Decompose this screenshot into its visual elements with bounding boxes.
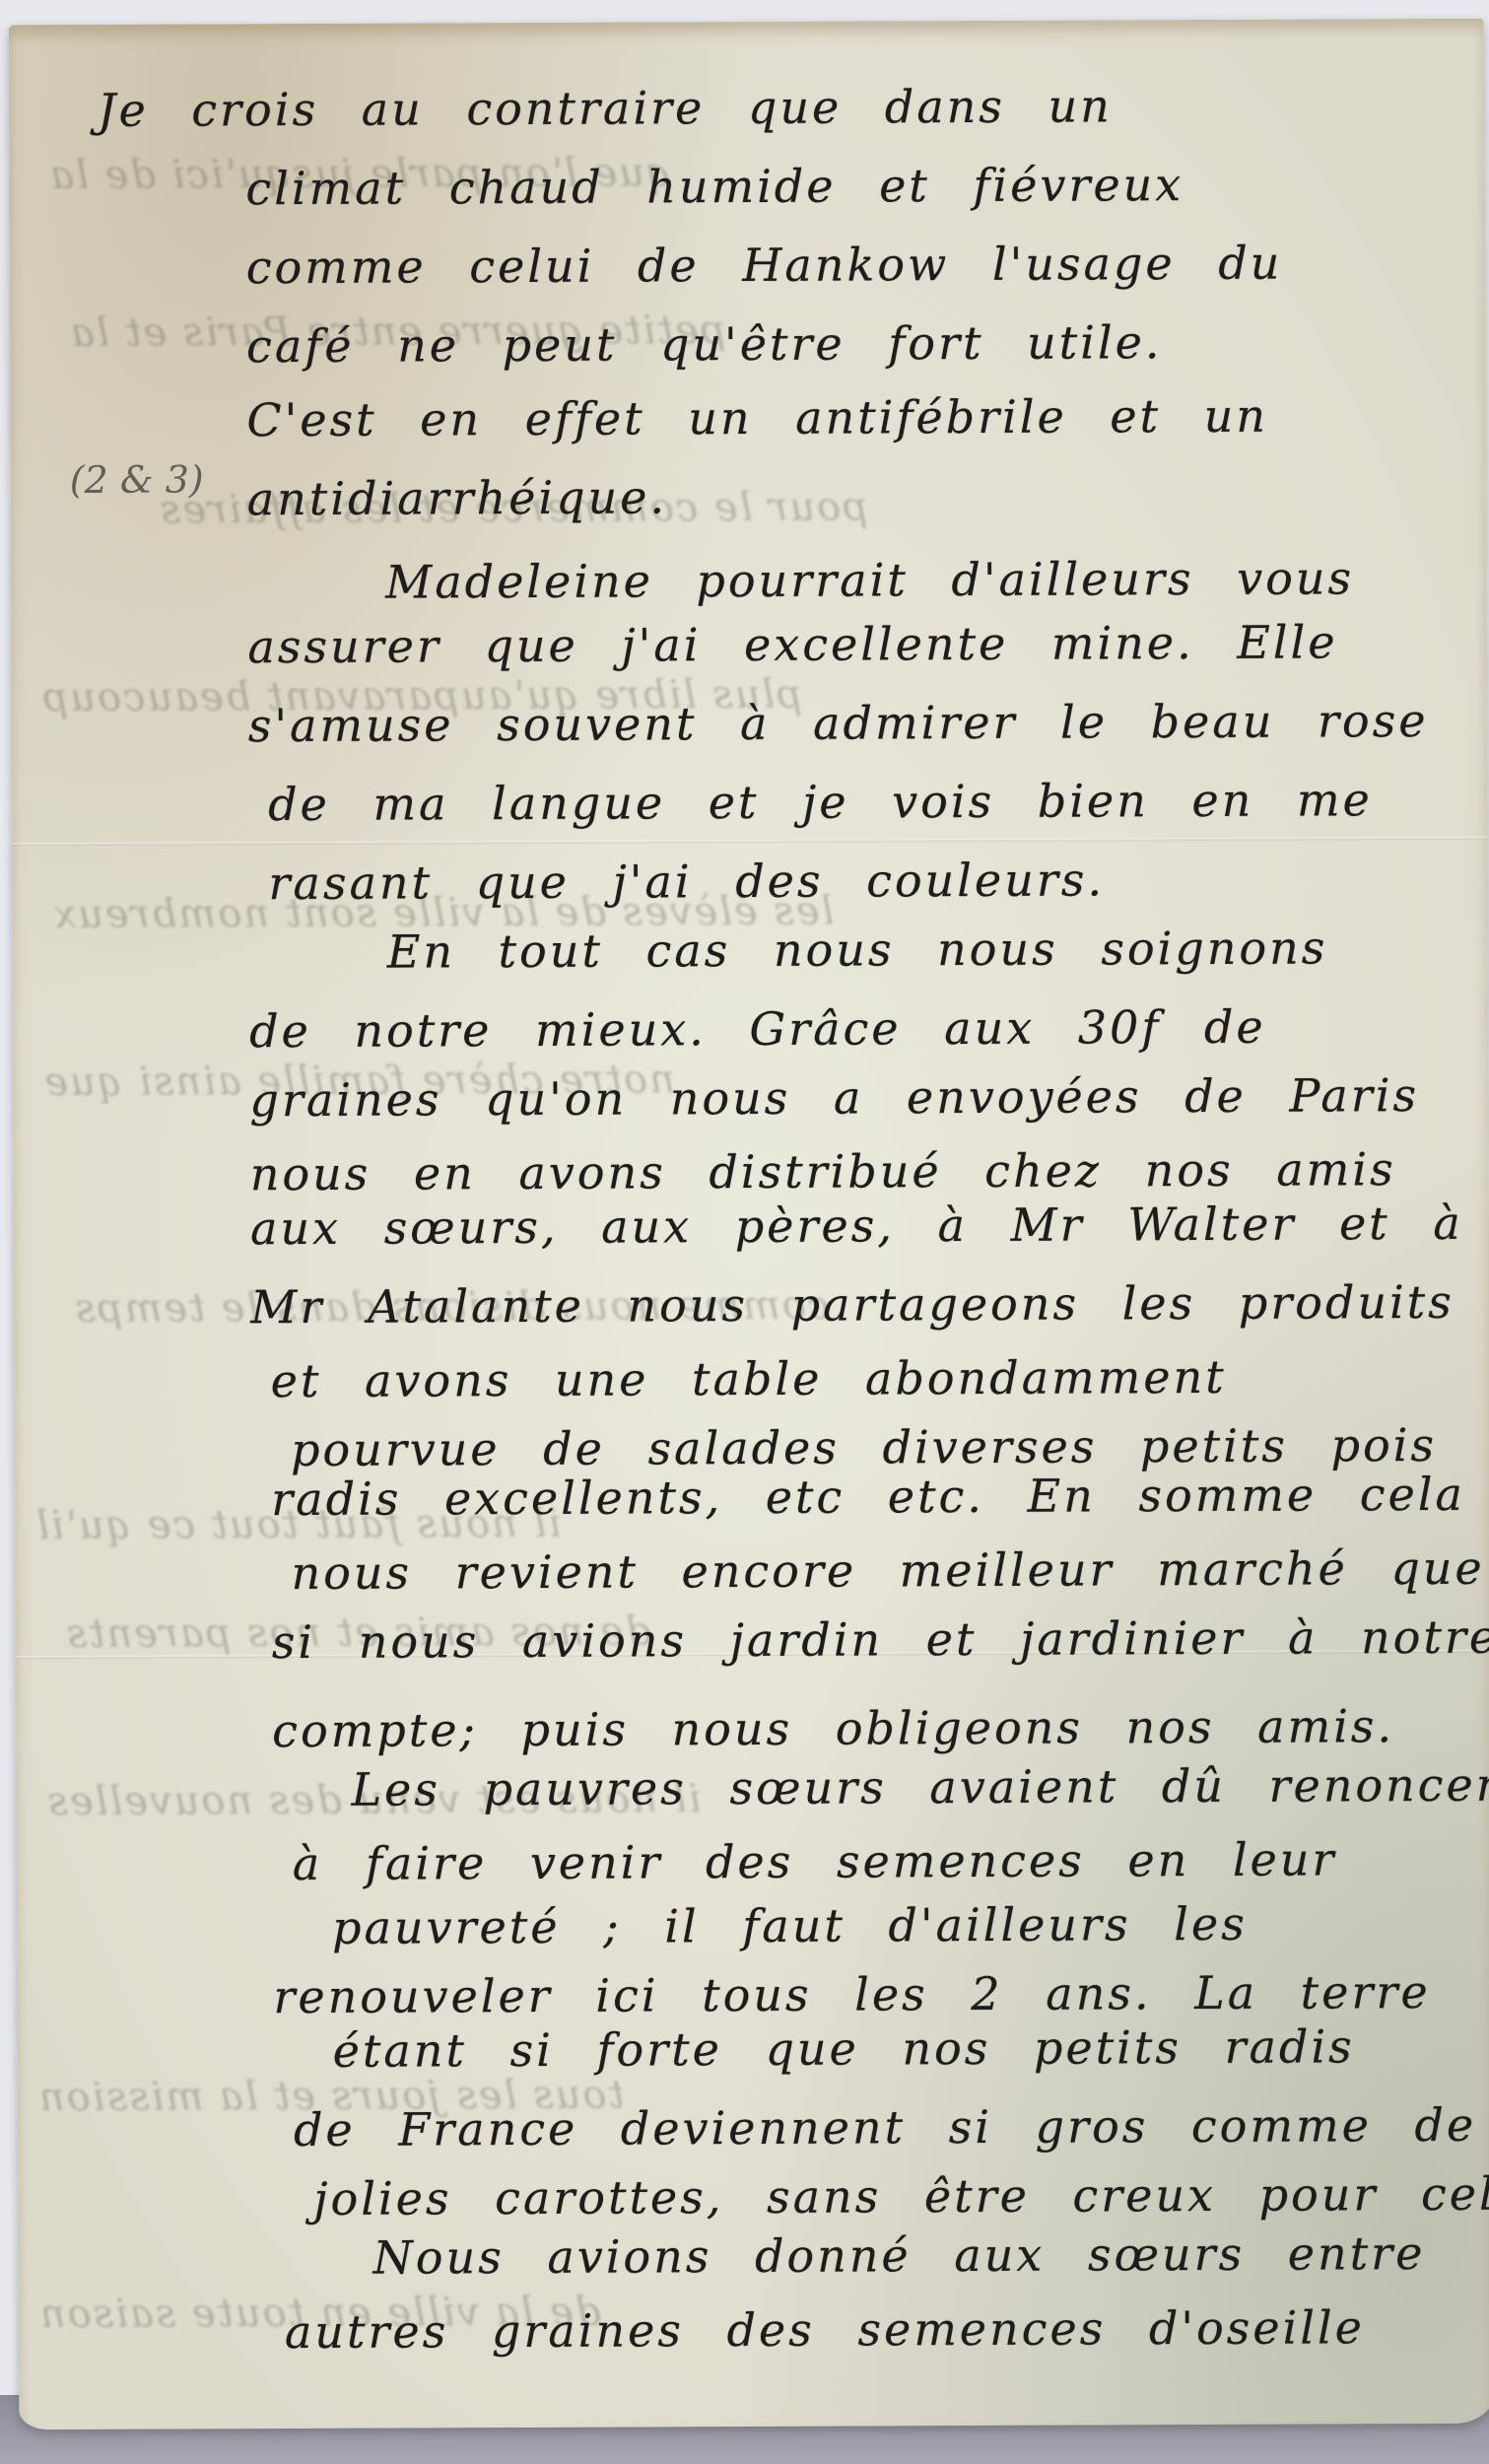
letter-body: Je crois au contraire que dans un climat… bbox=[9, 19, 1489, 2430]
text-line: Je crois au contraire que dans un bbox=[98, 79, 1113, 136]
text-line: s'amuse souvent à admirer le beau rose bbox=[248, 694, 1429, 752]
text-line: En tout cas nous nous soignons bbox=[387, 921, 1328, 978]
text-line: pauvreté ; il faut d'ailleurs les bbox=[332, 1897, 1248, 1954]
text-line: Les pauvres sœurs avaient dû renoncer bbox=[351, 1758, 1489, 1816]
text-line: si nous avions jardin et jardinier à not… bbox=[272, 1610, 1489, 1669]
text-line: jolies carottes, sans être creux pour ce… bbox=[313, 2167, 1489, 2225]
text-line: renouveler ici tous les 2 ans. La terre bbox=[273, 1965, 1430, 2023]
text-line: comme celui de Hankow l'usage du bbox=[246, 237, 1283, 295]
text-line: de France deviennent si gros comme de bbox=[294, 2098, 1476, 2156]
text-line: Nous avions donné aux sœurs entre bbox=[372, 2226, 1425, 2285]
text-line: assurer que j'ai excellente mine. Elle bbox=[247, 615, 1337, 673]
text-line: C'est en effet un antifébrile et un bbox=[246, 389, 1268, 447]
text-line: rasant que j'ai des couleurs. bbox=[268, 853, 1105, 910]
text-line: autres graines des semences d'oseille bbox=[285, 2300, 1365, 2359]
text-line: climat chaud humide et fiévreux bbox=[245, 158, 1184, 215]
text-line: de notre mieux. Grâce aux 30f de bbox=[249, 1000, 1266, 1059]
text-line: café ne peut qu'être fort utile. bbox=[246, 315, 1163, 373]
text-line: aux sœurs, aux pères, à Mr Walter et à bbox=[250, 1197, 1463, 1255]
text-line: de ma langue et je vois bien en me bbox=[268, 773, 1373, 831]
text-line: à faire venir des semences en leur bbox=[293, 1832, 1337, 1890]
text-line: nous revient encore meilleur marché que bbox=[291, 1541, 1484, 1600]
text-line: graines qu'on nous a envoyées de Paris bbox=[249, 1068, 1419, 1127]
text-line: et avons une table abondamment bbox=[271, 1350, 1227, 1407]
text-line: compte; puis nous obligeons nos amis. bbox=[272, 1699, 1394, 1757]
text-line: Mr Atalante nous partageons les produits bbox=[250, 1275, 1455, 1334]
text-line: antidiarrhéique. bbox=[247, 470, 668, 525]
text-line: nous en avons distribué chez nos amis bbox=[250, 1142, 1396, 1200]
text-line: radis excellents, etc etc. En somme cela bbox=[271, 1468, 1465, 1526]
text-line: étant si forte que nos petits radis bbox=[333, 2019, 1355, 2078]
letter-page: que l'on parle jusqu'ici de la petite gu… bbox=[9, 19, 1489, 2430]
text-line: Madeleine pourrait d'ailleurs vous bbox=[385, 551, 1354, 608]
